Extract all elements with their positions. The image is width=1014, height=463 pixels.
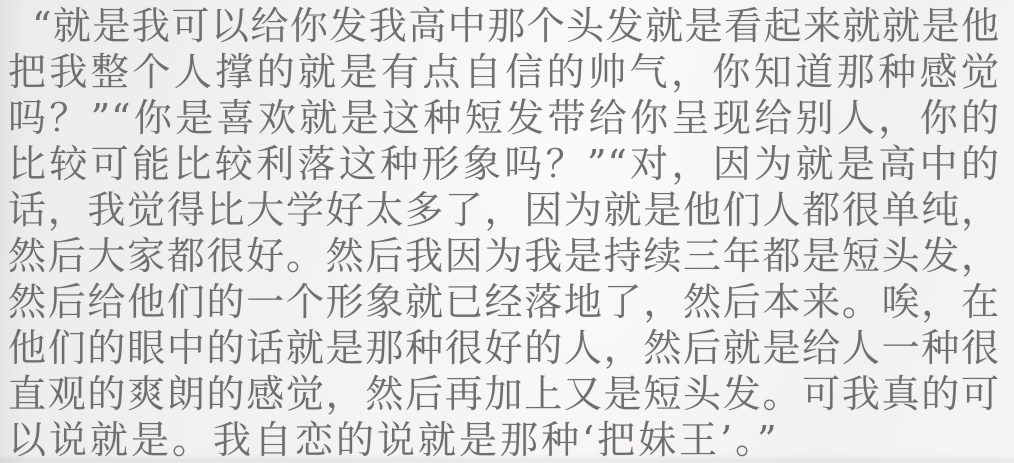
transcript-line: 比较可能比较利落这种形象吗？”“对，因为就是高中的 (8, 141, 1000, 187)
transcript-line: “就是我可以给你发我高中那个头发就是看起来就就是他 (8, 3, 1000, 49)
transcript-line: 以说就是。我自恋的说就是那种‘把妹王’。” (8, 417, 1000, 463)
transcript-line: 他们的眼中的话就是那种很好的人，然后就是给人一种很 (8, 325, 1000, 371)
transcript-line: 把我整个人撑的就是有点自信的帅气，你知道那种感觉 (8, 49, 1000, 95)
transcript-page: “就是我可以给你发我高中那个头发就是看起来就就是他 把我整个人撑的就是有点自信的… (0, 0, 1014, 463)
transcript-text: “就是我可以给你发我高中那个头发就是看起来就就是他 把我整个人撑的就是有点自信的… (0, 3, 1014, 463)
transcript-line: 然后大家都很好。然后我因为我是持续三年都是短头发， (8, 233, 1000, 279)
transcript-line: 直观的爽朗的感觉，然后再加上又是短头发。可我真的可 (8, 371, 1000, 417)
transcript-line: 话，我觉得比大学好太多了，因为就是他们人都很单纯， (8, 187, 1000, 233)
transcript-line: 然后给他们的一个形象就已经落地了，然后本来。唉，在 (8, 279, 1000, 325)
transcript-line: 吗？”“你是喜欢就是这种短发带给你呈现给别人，你的 (8, 95, 1000, 141)
